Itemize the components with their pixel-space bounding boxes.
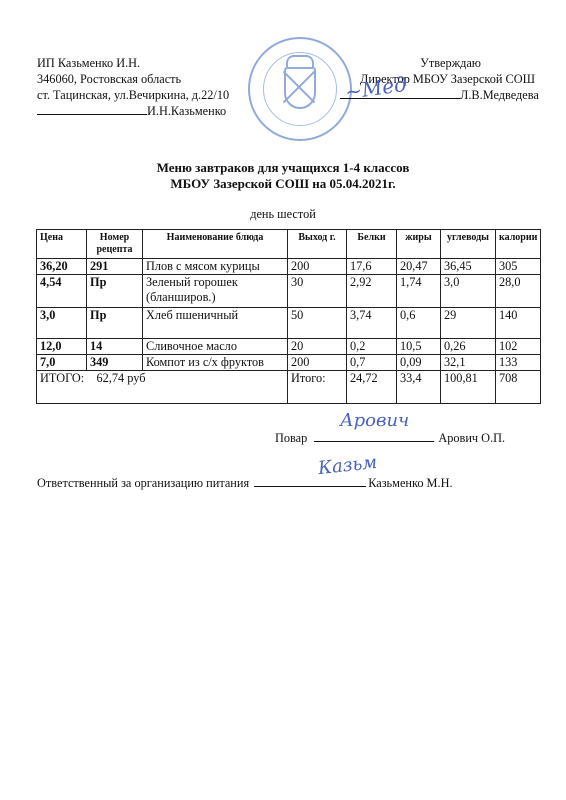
table-row: 12,0 14 Сливочное масло 20 0,2 10,5 0,26… bbox=[37, 339, 541, 355]
total-protein: 24,72 bbox=[347, 371, 397, 404]
table-row: 3,0 Пр Хлеб пшеничный 50 3,74 0,6 29 140 bbox=[37, 308, 541, 339]
recipe-cell: Пр bbox=[87, 275, 143, 308]
right-signatory: Л.В.Медведева bbox=[460, 88, 539, 102]
yield-cell: 200 bbox=[288, 259, 347, 275]
cook-signature: Арович bbox=[340, 410, 409, 431]
recipe-cell: 291 bbox=[87, 259, 143, 275]
yield-cell: 30 bbox=[288, 275, 347, 308]
col-name: Наименование блюда bbox=[143, 230, 288, 259]
responsible-label: Ответственный за организацию питания bbox=[37, 476, 249, 490]
fat-cell: 0,6 bbox=[397, 308, 441, 339]
fat-cell: 1,74 bbox=[397, 275, 441, 308]
carbs-cell: 29 bbox=[441, 308, 496, 339]
fat-cell: 10,5 bbox=[397, 339, 441, 355]
total-price: ИТОГО: 62,74 руб bbox=[37, 371, 288, 404]
dish-name-cell: Сливочное масло bbox=[143, 339, 288, 355]
total-label: Итого: bbox=[288, 371, 347, 404]
address-line-1: 346060, Ростовская область bbox=[37, 71, 229, 87]
protein-cell: 2,92 bbox=[347, 275, 397, 308]
kcal-cell: 28,0 bbox=[496, 275, 541, 308]
protein-cell: 0,7 bbox=[347, 355, 397, 371]
protein-cell: 0,2 bbox=[347, 339, 397, 355]
yield-cell: 200 bbox=[288, 355, 347, 371]
table-row: 36,20 291 Плов с мясом курицы 200 17,6 2… bbox=[37, 259, 541, 275]
responsible-name: Казьменко М.Н. bbox=[368, 476, 452, 490]
dish-name-cell: Плов с мясом курицы bbox=[143, 259, 288, 275]
day-label: день шестой bbox=[0, 206, 566, 222]
cook-signature-block: Повар Арович О.П. bbox=[275, 430, 505, 446]
protein-cell: 3,74 bbox=[347, 308, 397, 339]
kcal-cell: 140 bbox=[496, 308, 541, 339]
col-recipe: Номер рецепта bbox=[87, 230, 143, 259]
carbs-cell: 36,45 bbox=[441, 259, 496, 275]
table-row: 7,0 349 Компот из с/х фруктов 200 0,7 0,… bbox=[37, 355, 541, 371]
price-cell: 12,0 bbox=[37, 339, 87, 355]
dish-name-cell: Хлеб пшеничный bbox=[143, 308, 288, 339]
col-price: Цена bbox=[37, 230, 87, 259]
table-header-row: Цена Номер рецепта Наименование блюда Вы… bbox=[37, 230, 541, 259]
col-yield: Выход г. bbox=[288, 230, 347, 259]
kcal-cell: 102 bbox=[496, 339, 541, 355]
recipe-cell: 14 bbox=[87, 339, 143, 355]
address-line-2: ст. Тацинская, ул.Вечиркина, д.22/10 bbox=[37, 87, 229, 103]
carbs-cell: 32,1 bbox=[441, 355, 496, 371]
menu-table: Цена Номер рецепта Наименование блюда Вы… bbox=[36, 229, 541, 404]
dish-name-cell: Зеленый горошек (бланширов.) bbox=[143, 275, 288, 308]
yield-cell: 20 bbox=[288, 339, 347, 355]
recipe-cell: Пр bbox=[87, 308, 143, 339]
signature-blank bbox=[37, 103, 147, 115]
org-name: ИП Казьменко И.Н. bbox=[37, 55, 229, 71]
official-seal-icon bbox=[248, 37, 352, 141]
responsible-signature-block: Ответственный за организацию питания Каз… bbox=[37, 475, 453, 491]
col-fat: жиры bbox=[397, 230, 441, 259]
price-cell: 36,20 bbox=[37, 259, 87, 275]
price-cell: 3,0 bbox=[37, 308, 87, 339]
cook-label: Повар bbox=[275, 431, 307, 445]
header-left: ИП Казьменко И.Н. 346060, Ростовская обл… bbox=[37, 55, 229, 119]
total-kcal: 708 bbox=[496, 371, 541, 404]
menu-title-line-1: Меню завтраков для учащихся 1-4 классов bbox=[0, 160, 566, 176]
kcal-cell: 133 bbox=[496, 355, 541, 371]
col-kcal: калории bbox=[496, 230, 541, 259]
signature-blank bbox=[254, 475, 366, 487]
approve-label: Утверждаю bbox=[340, 55, 535, 71]
total-fat: 33,4 bbox=[397, 371, 441, 404]
left-signatory: И.Н.Казьменко bbox=[147, 104, 226, 118]
dish-name-cell: Компот из с/х фруктов bbox=[143, 355, 288, 371]
coat-of-arms-icon bbox=[284, 67, 316, 109]
crown-icon bbox=[286, 55, 314, 67]
price-cell: 4,54 bbox=[37, 275, 87, 308]
kcal-cell: 305 bbox=[496, 259, 541, 275]
total-row: ИТОГО: 62,74 руб Итого: 24,72 33,4 100,8… bbox=[37, 371, 541, 404]
cook-name: Арович О.П. bbox=[438, 431, 505, 445]
left-signature-line: И.Н.Казьменко bbox=[37, 103, 229, 119]
yield-cell: 50 bbox=[288, 308, 347, 339]
menu-title-line-2: МБОУ Зазерской СОШ на 05.04.2021г. bbox=[0, 176, 566, 192]
signature-blank bbox=[314, 430, 434, 442]
total-carbs: 100,81 bbox=[441, 371, 496, 404]
carbs-cell: 3,0 bbox=[441, 275, 496, 308]
fat-cell: 20,47 bbox=[397, 259, 441, 275]
recipe-cell: 349 bbox=[87, 355, 143, 371]
carbs-cell: 0,26 bbox=[441, 339, 496, 355]
col-carbs: углеводы bbox=[441, 230, 496, 259]
fat-cell: 0,09 bbox=[397, 355, 441, 371]
price-cell: 7,0 bbox=[37, 355, 87, 371]
col-protein: Белки bbox=[347, 230, 397, 259]
table-row: 4,54 Пр Зеленый горошек (бланширов.) 30 … bbox=[37, 275, 541, 308]
protein-cell: 17,6 bbox=[347, 259, 397, 275]
